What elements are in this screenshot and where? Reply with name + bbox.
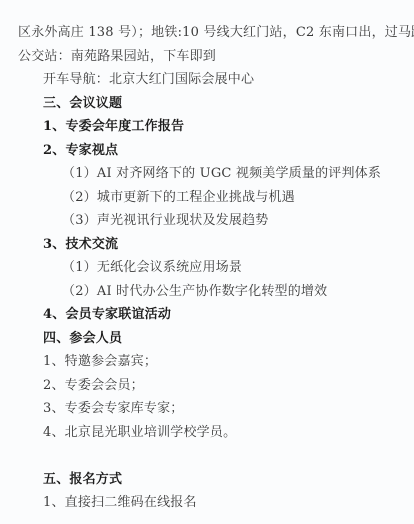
document-text-line: 4、北京昆光职业培训学校学员。	[0, 421, 414, 445]
document-text-line: 2、专委会会员；	[0, 374, 414, 398]
document-text-line: 区永外高庄 138 号）；地铁:10 号线大红门站，C2 东南口出，过马路往北 …	[0, 21, 414, 45]
document-text-line: （3）声光视讯行业现状及发展趋势	[0, 209, 414, 233]
document-text-line: （2）AI 时代办公生产协作数字化转型的增效	[0, 280, 414, 304]
document-heading-line: 四、参会人员	[0, 327, 414, 351]
document-page: 区永外高庄 138 号）；地铁:10 号线大红门站，C2 东南口出，过马路往北 …	[0, 0, 414, 524]
document-text-line: （2）城市更新下的工程企业挑战与机遇	[0, 186, 414, 210]
document-text-line: 开车导航：北京大红门国际会展中心	[0, 68, 414, 92]
document-text-line: 公交站：南苑路果园站，下车即到	[0, 45, 414, 69]
document-heading-line: 三、会议议题	[0, 92, 414, 116]
document-text-line: 1、直接扫二维码在线报名	[0, 491, 414, 515]
document-text-line: （1）无纸化会议系统应用场景	[0, 256, 414, 280]
document-heading-line: 2、专家视点	[0, 139, 414, 163]
document-body: 区永外高庄 138 号）；地铁:10 号线大红门站，C2 东南口出，过马路往北 …	[0, 21, 414, 515]
document-text-line: （1）AI 对齐网络下的 UGC 视频美学质量的评判体系	[0, 162, 414, 186]
document-heading-line: 五、报名方式	[0, 468, 414, 492]
document-heading-line: 4、会员专家联谊活动	[0, 303, 414, 327]
document-heading-line: 3、技术交流	[0, 233, 414, 257]
document-text-line: 1、特邀参会嘉宾；	[0, 350, 414, 374]
document-heading-line: 1、专委会年度工作报告	[0, 115, 414, 139]
document-text-line: 3、专委会专家库专家；	[0, 397, 414, 421]
